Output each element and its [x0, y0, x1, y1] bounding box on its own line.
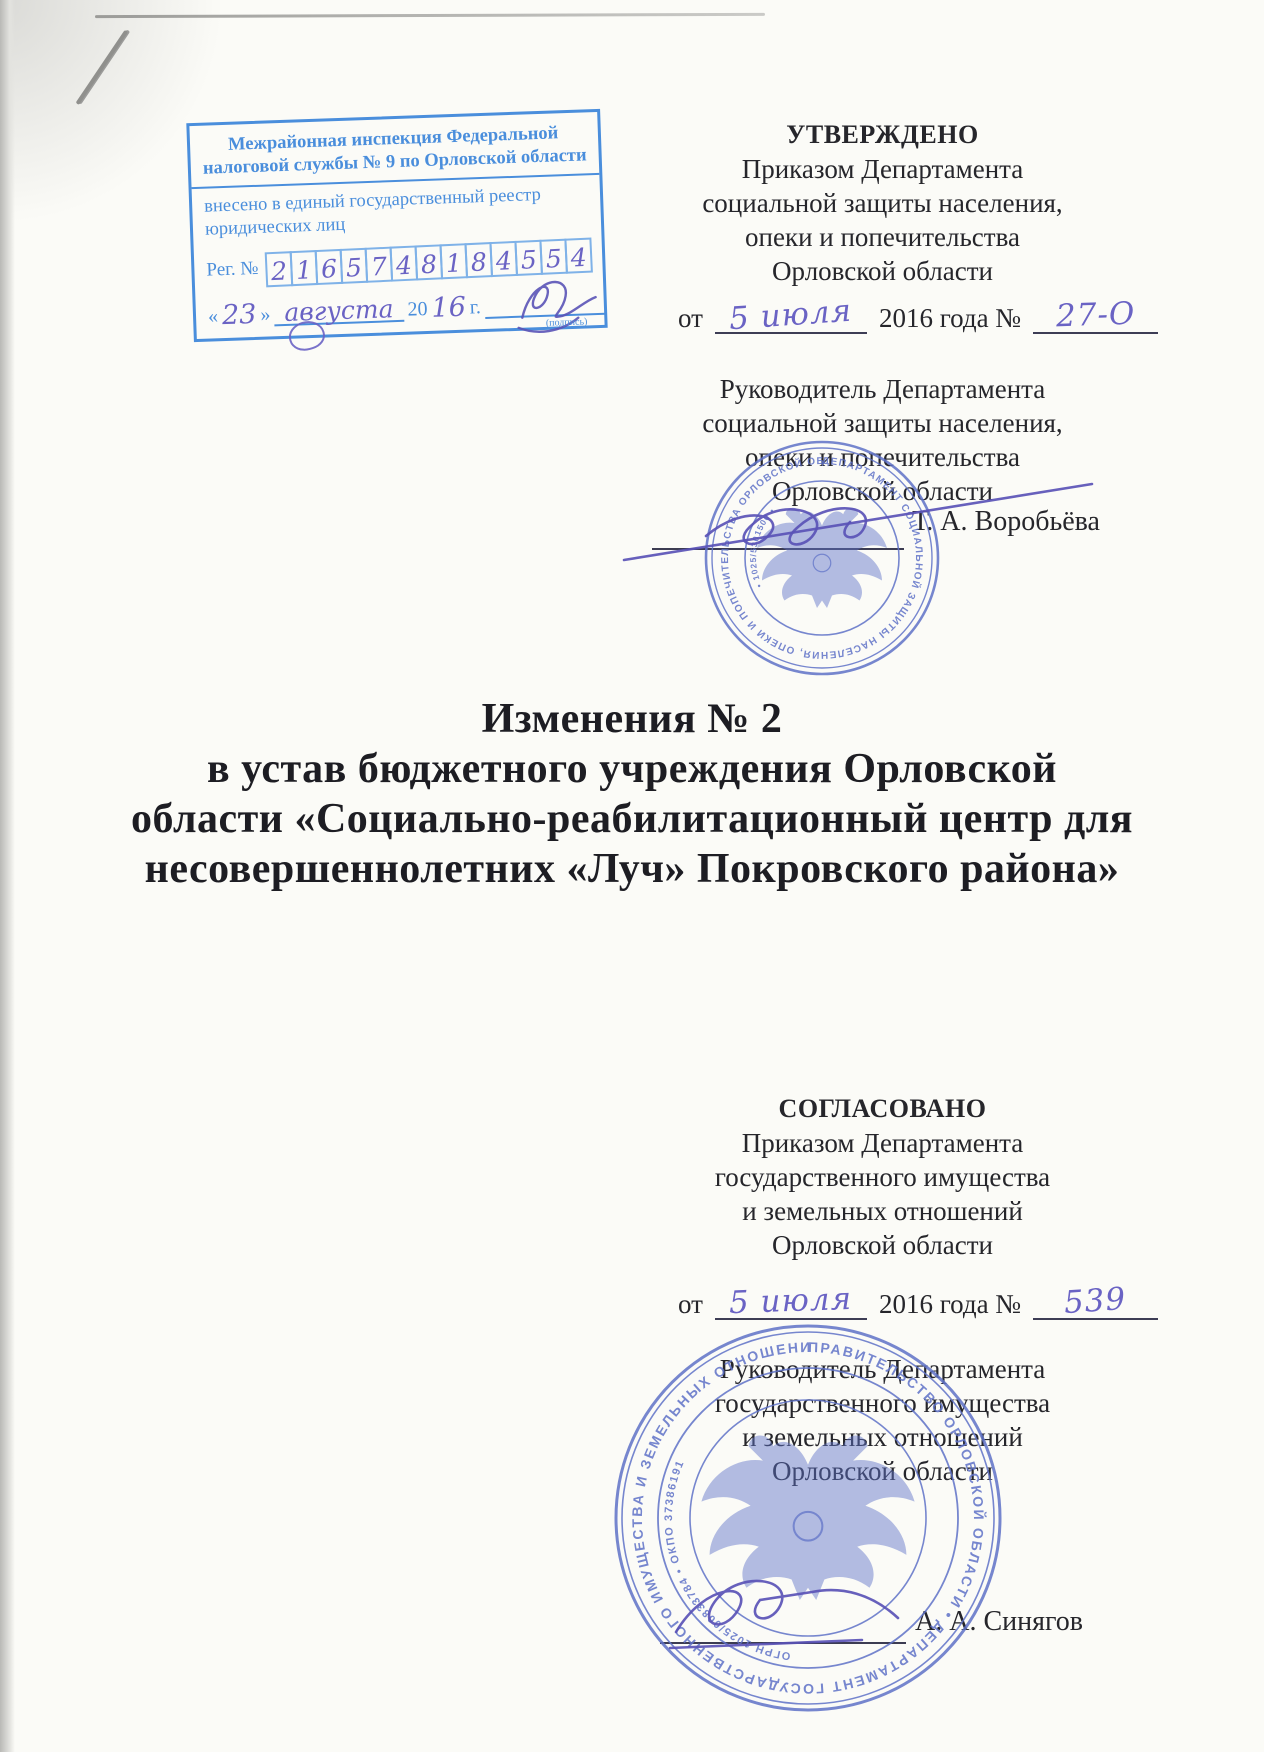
- reg-number-label: Рег. №: [206, 257, 259, 282]
- year-printed: 20: [407, 297, 428, 322]
- agreed-block: СОГЛАСОВАНО Приказом Департамента госуда…: [645, 1092, 1120, 1262]
- approved-block: УТВЕРЖДЕНО Приказом Департамента социаль…: [645, 118, 1120, 288]
- approved-heading: УТВЕРЖДЕНО: [645, 118, 1120, 152]
- vorobyova-signature: [618, 472, 1106, 572]
- handwritten-date: 5 июля: [729, 1284, 853, 1319]
- handwritten-date: 5 июля: [728, 296, 853, 336]
- year-suffix: г.: [469, 295, 481, 320]
- handwritten-number: 27-О: [1055, 299, 1135, 333]
- date-from-label: от: [678, 1289, 703, 1320]
- agreed-line: и земельных отношений: [645, 1194, 1120, 1228]
- close-quote: »: [260, 302, 271, 327]
- approved-date-line: от 5 июля 2016 года № 27-О: [678, 300, 1158, 334]
- date-from-label: от: [678, 303, 703, 334]
- approved-line: Приказом Департамента: [645, 152, 1120, 186]
- handwritten-date-field: 5 июля: [715, 1286, 867, 1320]
- handwritten-date-field: 5 июля: [715, 300, 867, 334]
- sinyagov-signature: [662, 1556, 942, 1676]
- approved-line: социальной защиты населения,: [645, 186, 1120, 220]
- agreed-line: Приказом Департамента: [645, 1126, 1120, 1160]
- document-title: Изменения № 2 в устав бюджетного учрежде…: [40, 694, 1224, 894]
- handwritten-number: 539: [1063, 1284, 1127, 1319]
- handwritten-number-field: 539: [1033, 1286, 1158, 1320]
- open-quote: «: [208, 304, 219, 329]
- scanned-document-page: Межрайонная инспекция Федеральной налого…: [0, 0, 1264, 1752]
- date-rest-label: 2016 года №: [879, 303, 1021, 334]
- tax-registration-stamp: Межрайонная инспекция Федеральной налого…: [186, 109, 607, 343]
- handwritten-day: 23: [222, 303, 257, 328]
- tax-stamp-header: Межрайонная инспекция Федеральной налого…: [202, 121, 587, 179]
- date-rest-label: 2016 года №: [879, 1289, 1021, 1320]
- title-line2: в устав бюджетного учреждения Орловской: [40, 744, 1224, 794]
- handwritten-month: августа: [274, 296, 404, 326]
- stamp-signature-line: (подпись): [484, 283, 605, 319]
- handwritten-number-field: 27-О: [1033, 300, 1158, 334]
- stamp-date-row: «23» августа 2016 г. (подпись): [207, 284, 592, 329]
- title-line1: Изменения № 2: [40, 694, 1224, 744]
- agreed-line: государственного имущества: [645, 1160, 1120, 1194]
- title-line4: несовершеннолетних «Луч» Покровского рай…: [40, 844, 1224, 894]
- tax-stamp-entry-text: внесено в единый государственный реестр …: [204, 182, 589, 240]
- signatory-line: Руководитель Департамента: [645, 372, 1120, 406]
- agreed-date-line: от 5 июля 2016 года № 539: [678, 1286, 1158, 1320]
- signature-caption: (подпись): [546, 316, 588, 330]
- agreed-line: Орловской области: [645, 1228, 1120, 1262]
- handwritten-year: 16: [431, 296, 466, 321]
- approved-line: Орловской области: [645, 254, 1120, 288]
- agreed-heading: СОГЛАСОВАНО: [645, 1092, 1120, 1126]
- signatory-line: социальной защиты населения,: [645, 406, 1120, 440]
- title-line3: области «Социально-реабилитационный цент…: [40, 794, 1224, 844]
- approved-line: опеки и попечительства: [645, 220, 1120, 254]
